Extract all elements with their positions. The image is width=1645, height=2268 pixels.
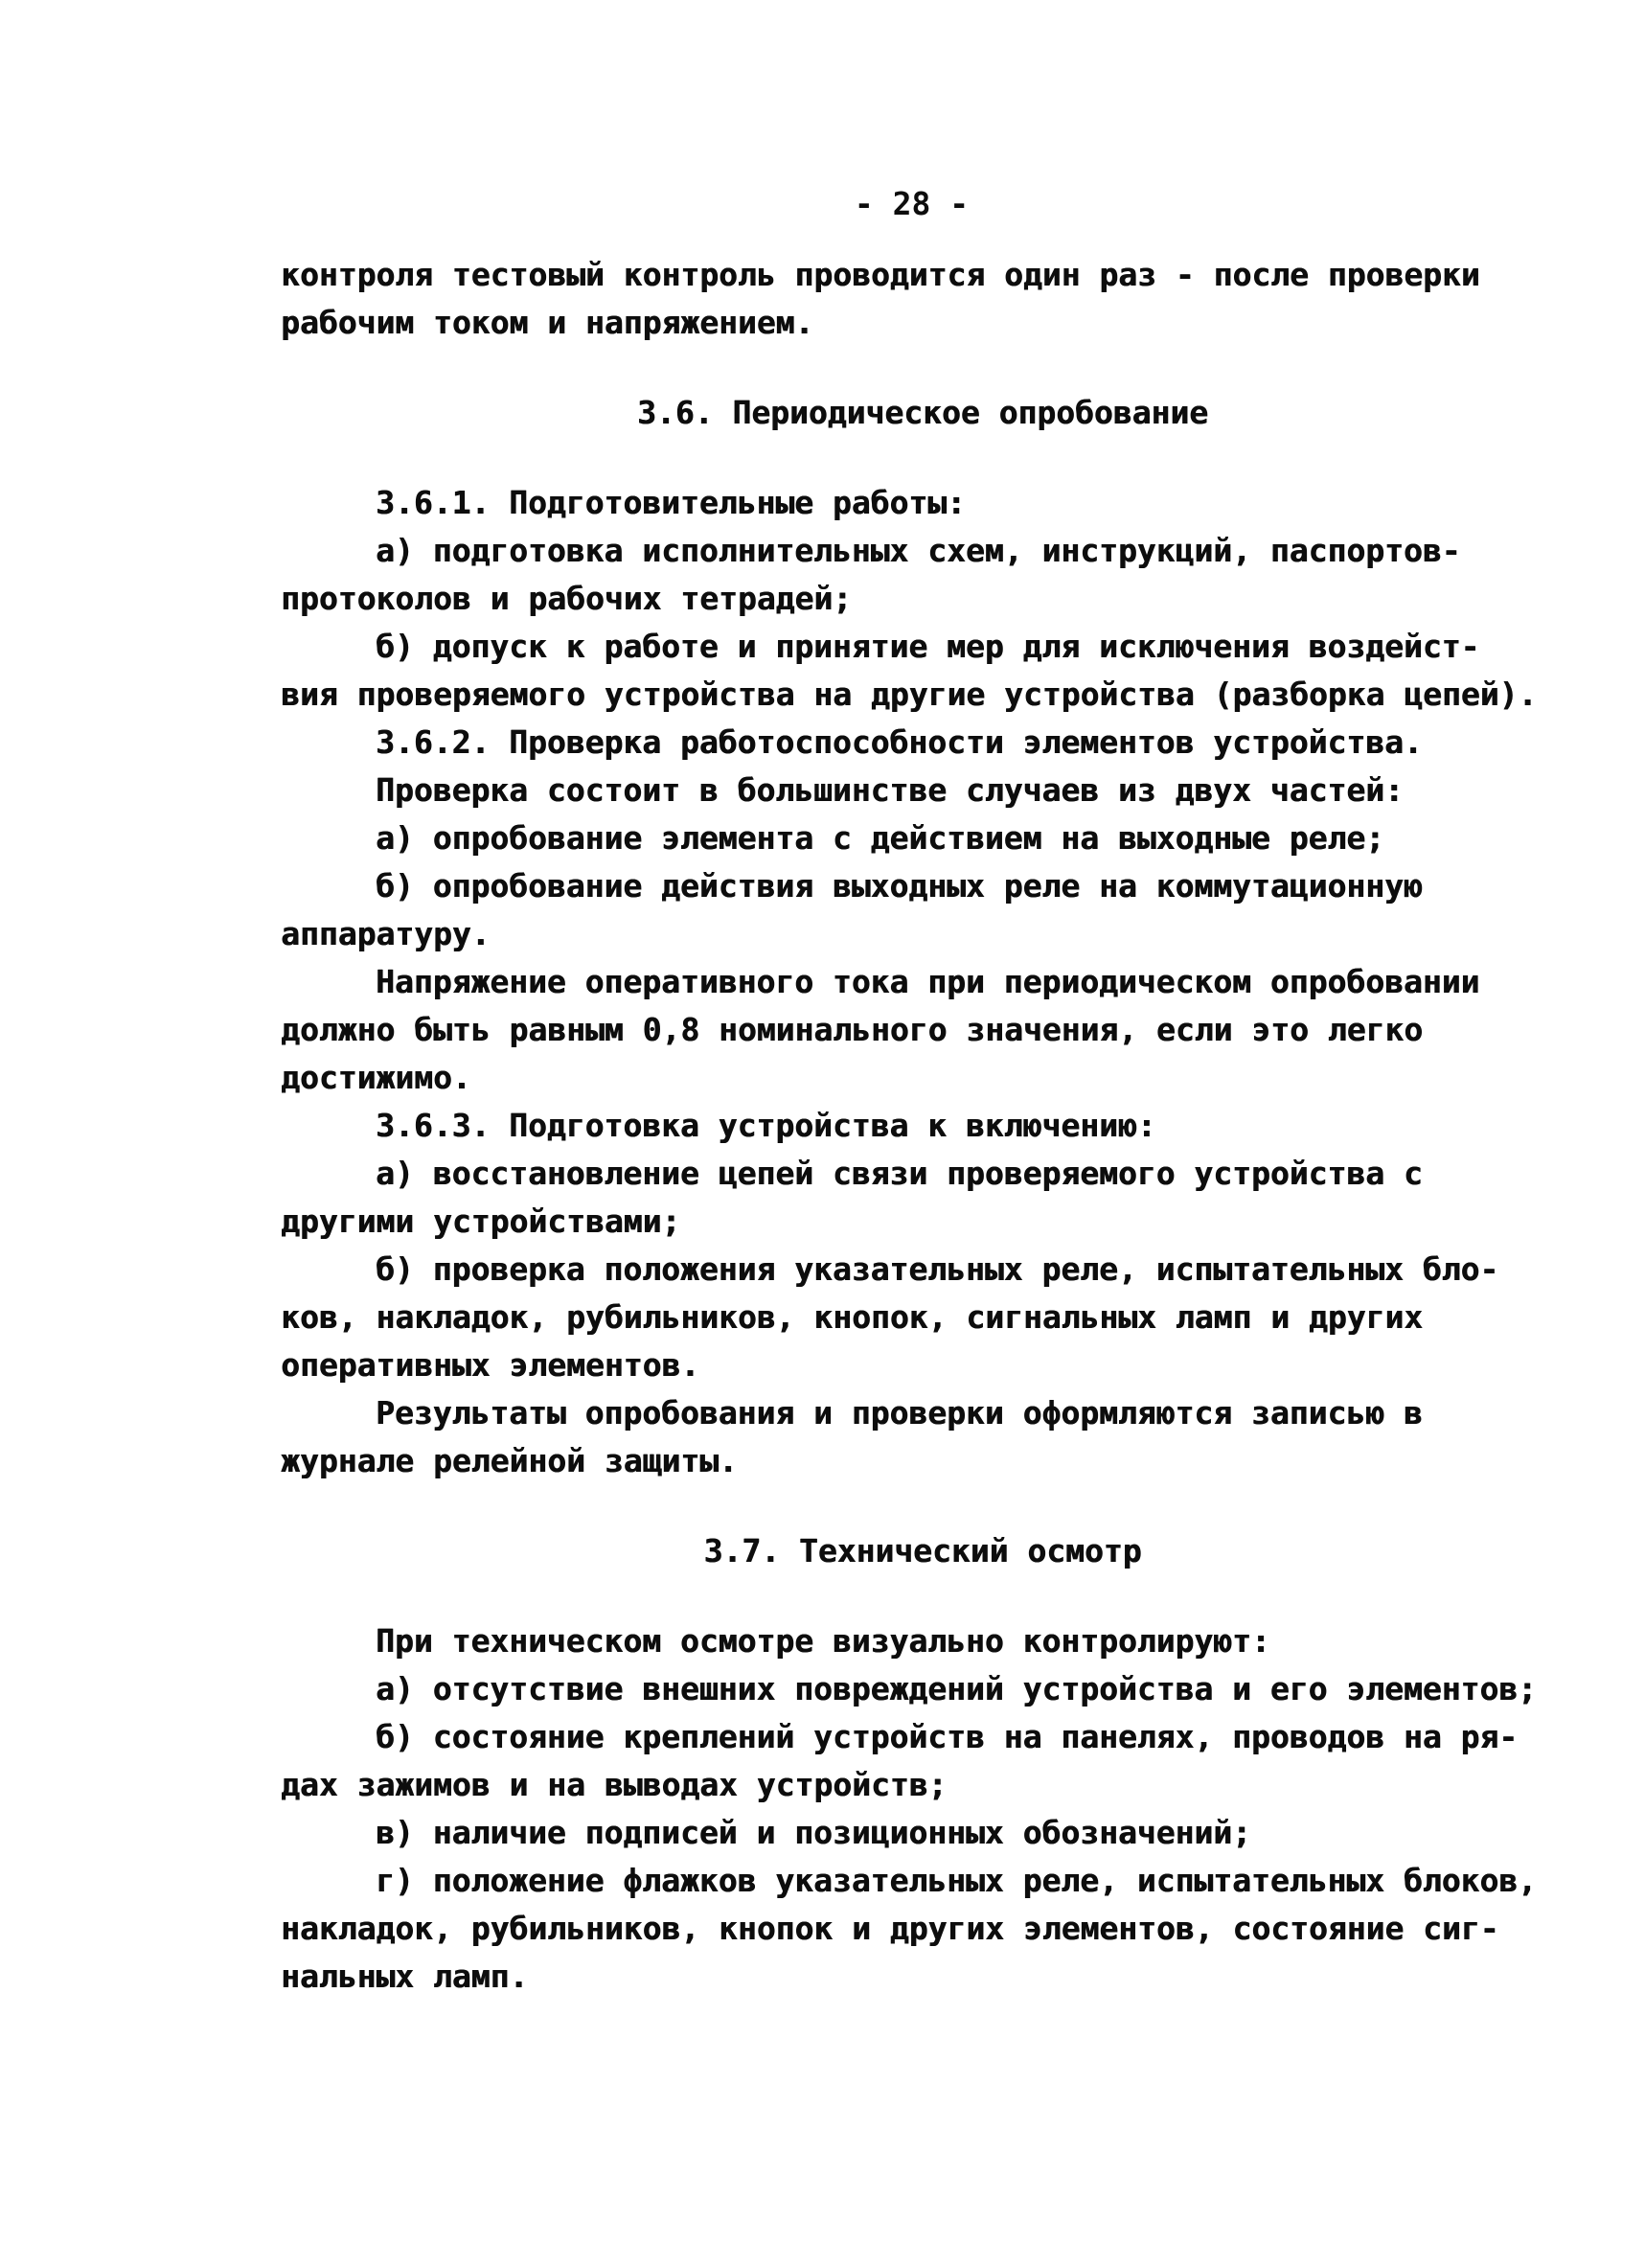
text-line: накладок, рубильников, кнопок и других э… (281, 1905, 1565, 1953)
text-line: 3.6.3. Подготовка устройства к включению… (281, 1102, 1565, 1150)
text-line: г) положение флажков указательных реле, … (281, 1857, 1565, 1905)
text-line: оперативных элементов. (281, 1341, 1565, 1389)
text-line: Проверка состоит в большинстве случаев и… (281, 767, 1565, 814)
text-line: достижимо. (281, 1054, 1565, 1102)
text-line: контроля тестовый контроль проводится од… (281, 251, 1565, 299)
text-line: дах зажимов и на выводах устройств; (281, 1761, 1565, 1809)
text-line: должно быть равным 0,8 номинального знач… (281, 1006, 1565, 1054)
text-line: а) восстановление цепей связи проверяемо… (281, 1150, 1565, 1198)
text-line: протоколов и рабочих тетрадей; (281, 575, 1565, 623)
section-heading: 3.6. Периодическое опробование (281, 389, 1565, 437)
text-line: в) наличие подписей и позиционных обозна… (281, 1809, 1565, 1857)
text-line: другими устройствами; (281, 1198, 1565, 1246)
text-line: аппаратуру. (281, 910, 1565, 958)
text-line: б) опробование действия выходных реле на… (281, 862, 1565, 910)
page-number: - 28 - (281, 180, 1542, 228)
text-line: Результаты опробования и проверки оформл… (281, 1389, 1565, 1437)
document-page: - 28 - контроля тестовый контроль провод… (0, 0, 1645, 2268)
text-line: б) проверка положения указательных реле,… (281, 1246, 1565, 1294)
text-line: а) подготовка исполнительных схем, инстр… (281, 527, 1565, 575)
text-line: б) состояние креплений устройств на пане… (281, 1713, 1565, 1761)
section-heading: 3.7. Технический осмотр (281, 1527, 1565, 1575)
text-line: а) опробование элемента с действием на в… (281, 814, 1565, 862)
text-line: ков, накладок, рубильников, кнопок, сигн… (281, 1294, 1565, 1341)
text-line: а) отсутствие внешних повреждений устрой… (281, 1665, 1565, 1713)
text-line: б) допуск к работе и принятие мер для ис… (281, 623, 1565, 671)
text-line: рабочим током и напряжением. (281, 299, 1565, 347)
text-line: нальных ламп. (281, 1953, 1565, 2001)
text-line: вия проверяемого устройства на другие ус… (281, 671, 1565, 719)
text-line: Напряжение оперативного тока при периоди… (281, 958, 1565, 1006)
text-line: При техническом осмотре визуально контро… (281, 1617, 1565, 1665)
text-line: журнале релейной защиты. (281, 1437, 1565, 1485)
text-line: 3.6.2. Проверка работоспособности элемен… (281, 719, 1565, 767)
document-body: контроля тестовый контроль проводится од… (281, 251, 1565, 2001)
text-line: 3.6.1. Подготовительные работы: (281, 479, 1565, 527)
